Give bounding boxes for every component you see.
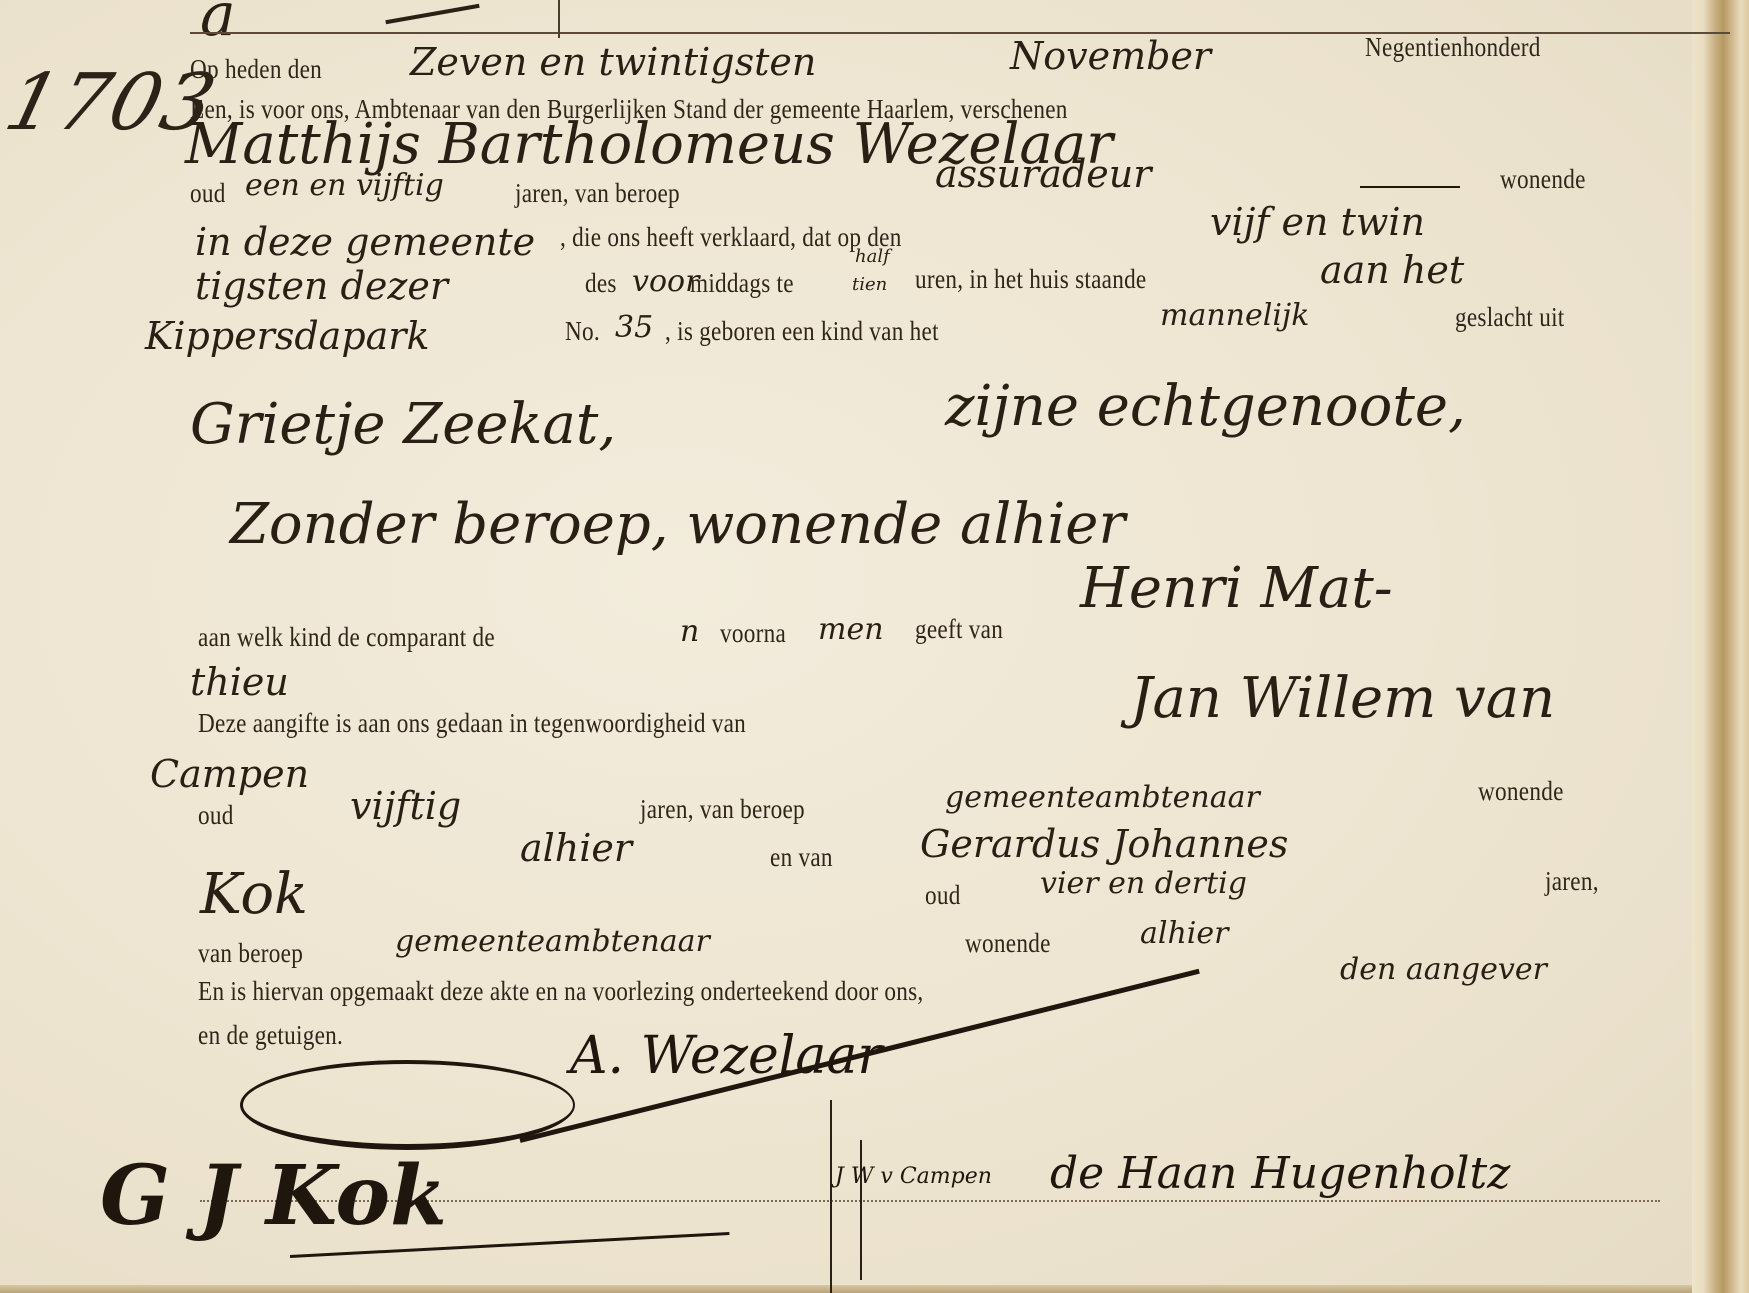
handwritten-witness2-name-cont: Kok xyxy=(200,862,308,927)
printed-text: middags te xyxy=(690,268,794,299)
printed-text: uren, in het huis staande xyxy=(915,264,1147,295)
printed-text: jaren, van beroep xyxy=(640,794,805,825)
printed-text: , is geboren een kind van het xyxy=(665,316,939,347)
printed-text: van beroep xyxy=(198,938,303,969)
handwritten-child-name-cont: thieu xyxy=(190,660,289,704)
printed-text: des xyxy=(585,268,617,299)
handwritten-date-month: November xyxy=(1010,34,1211,78)
handwritten-article: n xyxy=(680,614,699,649)
printed-text: Deze aangifte is aan ons gedaan in tegen… xyxy=(198,708,746,739)
handwritten-witness2-occupation: gemeenteambtenaar xyxy=(395,924,710,959)
handwritten-child-name: Henri Mat- xyxy=(1080,556,1393,621)
handwritten-birth-day-cont: tigsten dezer xyxy=(195,264,448,308)
column-rule xyxy=(558,0,560,38)
printed-text: jaren, van beroep xyxy=(515,178,680,209)
book-page-edge xyxy=(1692,0,1749,1293)
printed-text: Negentienhonderd xyxy=(1365,32,1541,63)
handwritten-hour-bottom: tien xyxy=(852,274,887,295)
handwritten-witness1-residence: alhier xyxy=(520,826,632,870)
handwritten-mother-relation: zijne echtgenoote, xyxy=(945,374,1466,439)
printed-text: en de getuigen. xyxy=(198,1020,343,1051)
signature-vertical-stroke xyxy=(860,1140,862,1280)
printed-text: No. xyxy=(565,316,600,347)
printed-text: oud xyxy=(190,178,226,209)
handwritten-date-day: Zeven en twintigsten xyxy=(410,40,816,84)
handwritten-house-number: 35 xyxy=(615,310,653,345)
printed-text: , die ons heeft verklaard, dat op den xyxy=(560,222,902,253)
printed-text: wonende xyxy=(965,928,1051,959)
printed-text: oud xyxy=(198,800,234,831)
handwritten-witness1-occupation: gemeenteambtenaar xyxy=(945,780,1260,815)
handwritten-signed-by: den aangever xyxy=(1340,952,1547,987)
handwritten-witness1-name: Jan Willem van xyxy=(1130,666,1555,731)
handwritten-street: Kippersdapark xyxy=(145,314,430,358)
printed-text: aan welk kind de comparant de xyxy=(198,622,495,653)
printed-text: en van xyxy=(770,842,833,873)
printed-text: geslacht uit xyxy=(1455,302,1565,333)
filler-dash xyxy=(1360,186,1460,188)
official-signature: A. Wezelaar xyxy=(570,1026,882,1086)
handwritten-name-suffix: men xyxy=(818,612,884,647)
registrar-signature: de Haan Hugenholtz xyxy=(1050,1148,1510,1199)
printed-text: En is hiervan opgemaakt deze akte en na … xyxy=(198,976,923,1007)
handwritten-hour-top: half xyxy=(855,246,890,267)
printed-text: wonende xyxy=(1478,776,1564,807)
handwritten-mother-occupation: Zonder beroep, wonende alhier xyxy=(230,492,1125,557)
handwritten-mother-name: Grietje Zeekat, xyxy=(190,392,616,457)
previous-entry-signature: a xyxy=(200,0,236,50)
printed-text: jaren, xyxy=(1545,866,1599,897)
page-bottom-edge xyxy=(0,1285,1692,1293)
handwritten-sex: mannelijk xyxy=(1160,298,1309,333)
printed-text: Op heden den xyxy=(190,54,322,85)
handwritten-declarant-age: een en vijftig xyxy=(245,168,444,203)
handwritten-birth-day: vijf en twin xyxy=(1210,200,1425,244)
handwritten-witness2-residence: alhier xyxy=(1140,916,1229,951)
printed-text: geeft van xyxy=(915,614,1003,645)
handwritten-witness1-age: vijftig xyxy=(350,784,461,828)
signature-vertical-stroke xyxy=(830,1100,832,1293)
handwritten-witness2-name: Gerardus Johannes xyxy=(920,822,1288,866)
handwritten-street-prefix: aan het xyxy=(1320,248,1464,292)
witness-kok-signature: G J Kok xyxy=(100,1148,447,1244)
printed-text: oud xyxy=(925,880,961,911)
printed-text: wonende xyxy=(1500,164,1586,195)
handwritten-declarant-occupation: assuradeur xyxy=(935,152,1151,196)
handwritten-witness1-name-cont: Campen xyxy=(150,752,309,796)
handwritten-witness2-age: vier en dertig xyxy=(1040,866,1247,901)
witness-campen-signature: J W v Campen xyxy=(835,1164,992,1189)
handwritten-declarant-residence: in deze gemeente xyxy=(195,220,535,264)
printed-text: voorna xyxy=(720,618,786,649)
